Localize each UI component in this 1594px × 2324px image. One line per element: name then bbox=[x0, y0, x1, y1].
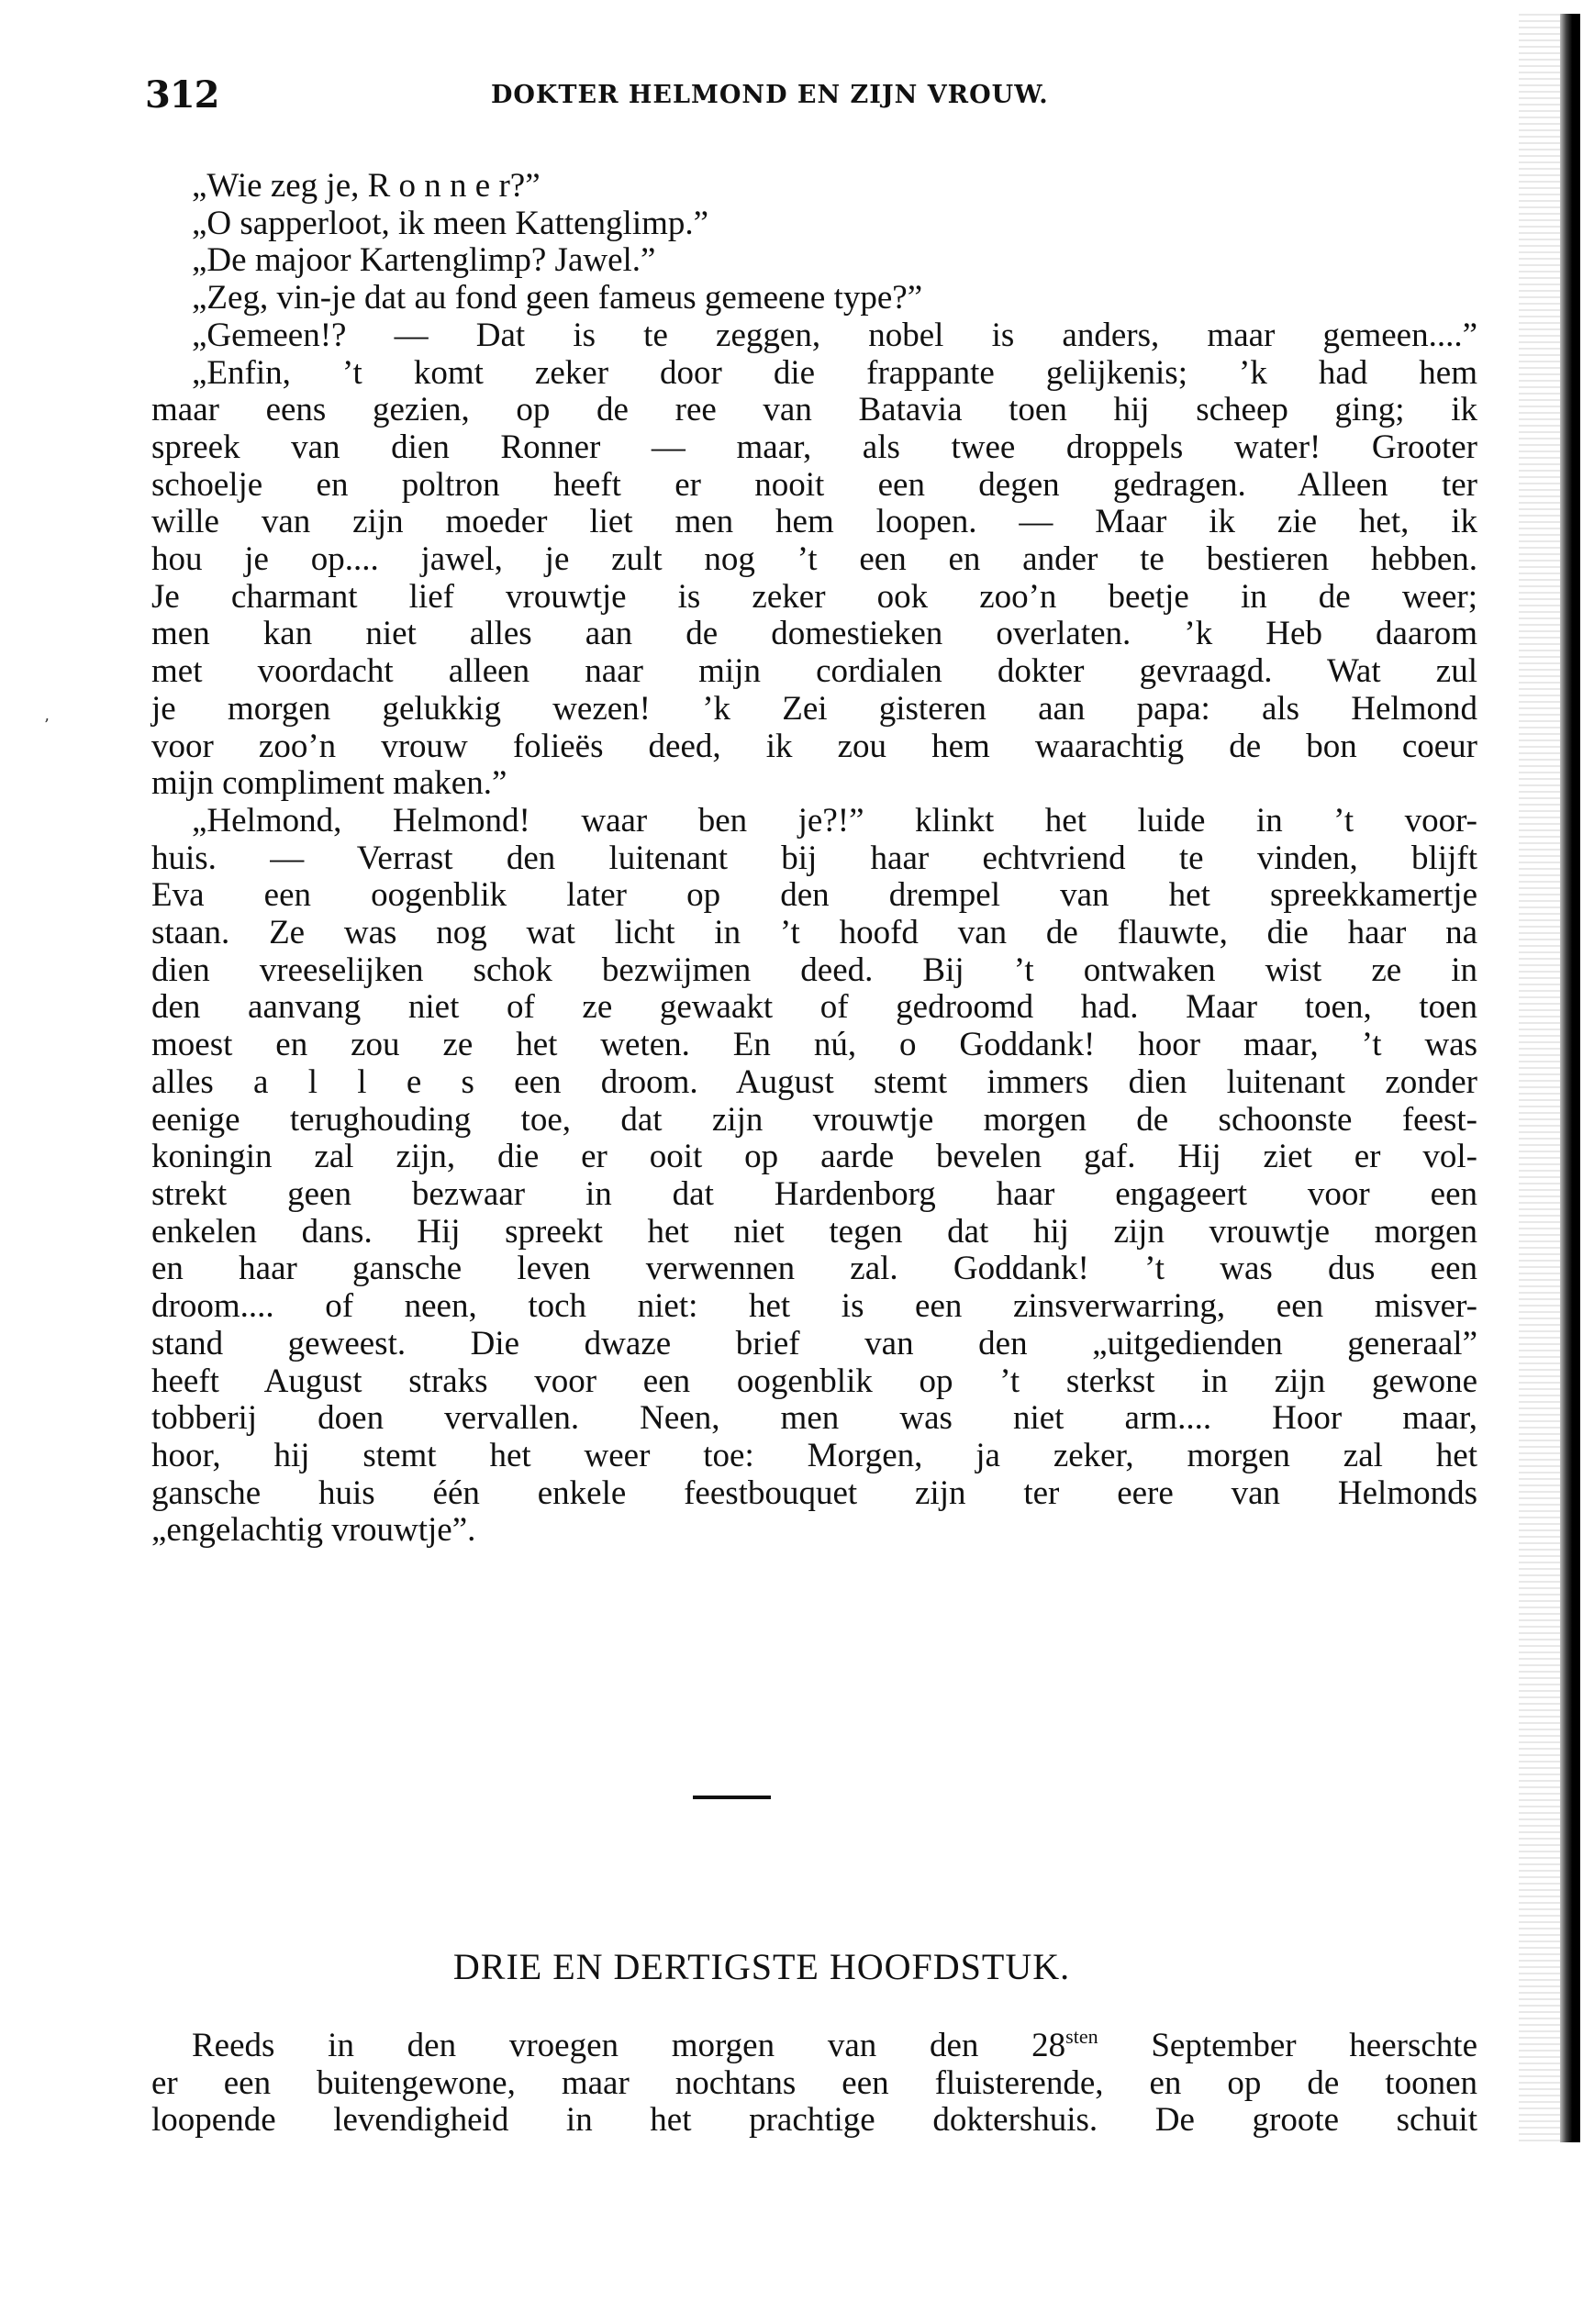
text-line: schoelje en poltron heeft er nooit een d… bbox=[151, 467, 1477, 505]
stray-mark: ’ bbox=[44, 716, 50, 735]
text-line: „De majoor Kartenglimp? Jawel.” bbox=[151, 242, 1477, 280]
text-line: droom.... of neen, toch niet: het is een… bbox=[151, 1288, 1477, 1326]
text-line: gansche huis één enkele feestbouquet zij… bbox=[151, 1475, 1477, 1513]
text-line: „Wie zeg je, R o n n e r?” bbox=[151, 168, 1477, 206]
text-line: dien vreeselijken schok bezwijmen deed. … bbox=[151, 952, 1477, 990]
text-line: „Zeg, vin-je dat au fond geen fameus gem… bbox=[151, 280, 1477, 317]
text-line: „Gemeen!? — Dat is te zeggen, nobel is a… bbox=[151, 317, 1477, 355]
text-line: met voordacht alleen naar mijn cordialen… bbox=[151, 653, 1477, 691]
text-line: Je charmant lief vrouwtje is zeker ook z… bbox=[151, 579, 1477, 617]
text-line: huis. — Verrast den luitenant bij haar e… bbox=[151, 840, 1477, 878]
text-line: men kan niet alles aan de domestieken ov… bbox=[151, 616, 1477, 653]
line-text: September heerschte bbox=[1098, 2027, 1477, 2064]
text-line: stand geweest. Die dwaze brief van den „… bbox=[151, 1326, 1477, 1363]
running-head: DOKTER HELMOND EN ZIJN VROUW. bbox=[491, 81, 1049, 109]
text-line: moest en zou ze het weten. En nú, o Godd… bbox=[151, 1027, 1477, 1064]
text-line: hou je op.... jawel, je zult nog ’t een … bbox=[151, 541, 1477, 579]
body-text: „Wie zeg je, R o n n e r?”„O sapperloot,… bbox=[151, 168, 1477, 1550]
text-line: eenige terughouding toe, dat zijn vrouwt… bbox=[151, 1102, 1477, 1140]
text-line: mijn compliment maken.” bbox=[151, 765, 1477, 803]
text-line: alles a l l e s een droom. August stemt … bbox=[151, 1064, 1477, 1102]
chapter-title: DRIE EN DERTIGSTE HOOFDSTUK. bbox=[0, 1945, 1496, 1988]
chapter-opening-paragraph: Reeds in den vroegen morgen van den 28st… bbox=[151, 2028, 1477, 2140]
text-line: „engelachtig vrouwtje”. bbox=[151, 1512, 1477, 1550]
superscript: sten bbox=[1065, 2025, 1098, 2048]
text-line: strekt geen bezwaar in dat Hardenborg ha… bbox=[151, 1176, 1477, 1214]
text-line: staan. Ze was nog wat licht in ’t hoofd … bbox=[151, 915, 1477, 952]
text-line: tobberij doen vervallen. Neen, men was n… bbox=[151, 1400, 1477, 1438]
text-line: je morgen gelukkig wezen! ’k Zei gistere… bbox=[151, 691, 1477, 728]
line-text: Reeds in den vroegen morgen van den 28 bbox=[192, 2027, 1065, 2064]
paragraph-line: er een buitengewone, maar nochtans een f… bbox=[151, 2065, 1477, 2103]
text-line: koningin zal zijn, die er ooit op aarde … bbox=[151, 1139, 1477, 1176]
paragraph-line: Reeds in den vroegen morgen van den 28st… bbox=[151, 2028, 1477, 2065]
text-line: wille van zijn moeder liet men hem loope… bbox=[151, 504, 1477, 541]
text-line: „Enfin, ’t komt zeker door die frappante… bbox=[151, 355, 1477, 393]
text-line: hoor, hij stemt het weer toe: Morgen, ja… bbox=[151, 1438, 1477, 1475]
text-line: „Helmond, Helmond! waar ben je?!” klinkt… bbox=[151, 803, 1477, 840]
text-line: enkelen dans. Hij spreekt het niet tegen… bbox=[151, 1214, 1477, 1251]
text-line: voor zoo’n vrouw folieës deed, ik zou he… bbox=[151, 728, 1477, 766]
text-line: en haar gansche leven verwennen zal. God… bbox=[151, 1251, 1477, 1288]
text-line: spreek van dien Ronner — maar, als twee … bbox=[151, 429, 1477, 467]
text-line: Eva een oogenblik later op den drempel v… bbox=[151, 877, 1477, 915]
paragraph-line: loopende levendigheid in het prachtige d… bbox=[151, 2102, 1477, 2140]
text-line: maar eens gezien, op de ree van Batavia … bbox=[151, 392, 1477, 429]
text-line: den aanvang niet of ze gewaakt of gedroo… bbox=[151, 989, 1477, 1027]
book-binding-edge bbox=[1560, 14, 1580, 2142]
page-number: 312 bbox=[145, 73, 219, 117]
text-line: „O sapperloot, ik meen Kattenglimp.” bbox=[151, 206, 1477, 243]
text-line: heeft August straks voor een oogenblik o… bbox=[151, 1363, 1477, 1401]
section-divider bbox=[693, 1796, 771, 1799]
page-edge-speckle bbox=[1519, 14, 1560, 2142]
